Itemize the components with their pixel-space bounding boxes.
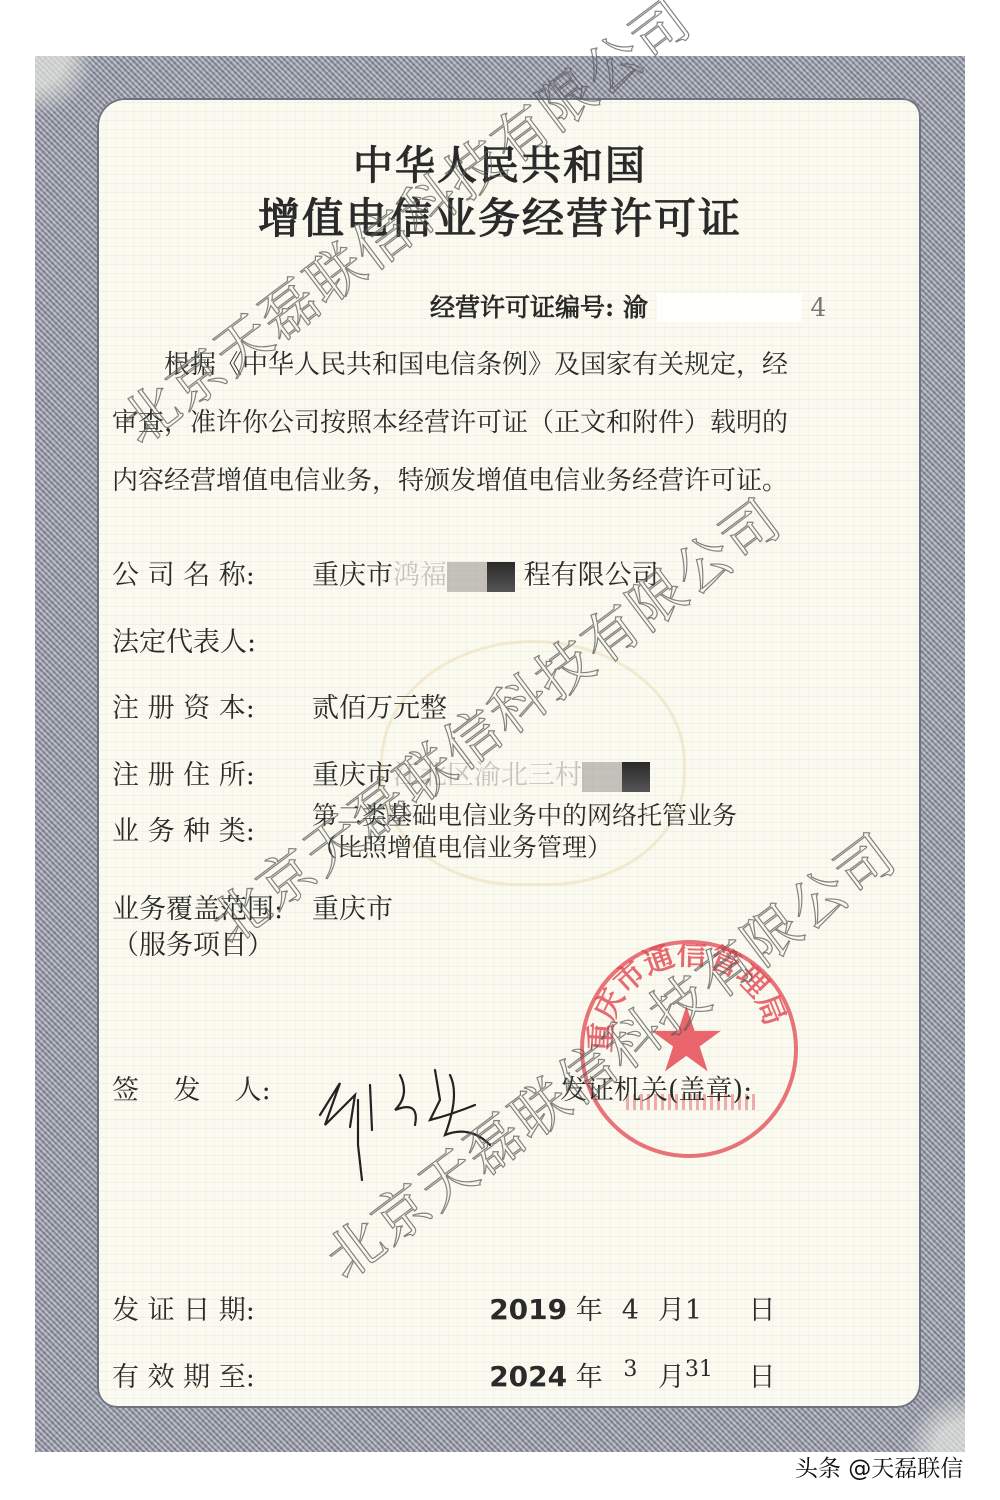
redaction-box — [582, 762, 622, 792]
license-number-label: 经营许可证编号: — [430, 293, 614, 322]
field-registered-capital: 注 册 资 本:贰佰万元整 — [112, 686, 447, 725]
issue-date-row: 发 证 日 期: 2019 年 4 月1 日 — [112, 1288, 872, 1327]
issue-month: 4 — [611, 1295, 649, 1326]
field-value: 重庆市 — [312, 892, 393, 928]
license-number-suffix: 4 — [810, 293, 826, 322]
valid-year: 2024 — [489, 1360, 567, 1393]
issue-year: 2019 — [489, 1293, 567, 1326]
preamble-line: 审查，准许你公司按照本经营许可证（正文和附件）载明的 — [112, 394, 892, 452]
field-label: 公 司 名 称: — [112, 553, 312, 592]
footer-credit: 头条 @天磊联信 — [795, 1450, 963, 1483]
field-label: 法定代表人: — [112, 620, 312, 659]
day-unit: 日 — [749, 1362, 776, 1393]
redaction-box — [487, 562, 515, 592]
value-redacted: 鸿福 — [393, 560, 447, 591]
day-unit: 日 — [749, 1295, 776, 1326]
signer-label: 签 发 人: — [112, 1068, 312, 1107]
valid-until-label: 有 效 期 至: — [112, 1355, 312, 1394]
issue-date-label: 发 证 日 期: — [112, 1288, 312, 1327]
redaction-box — [447, 562, 487, 592]
month-unit: 月 — [658, 1295, 685, 1326]
field-label: 注 册 资 本: — [112, 686, 312, 725]
year-unit: 年 — [576, 1362, 603, 1393]
year-unit: 年 — [576, 1295, 603, 1326]
issue-day: 1 — [685, 1295, 740, 1326]
license-number: 经营许可证编号: 渝 4 — [430, 288, 826, 324]
label-line: （服务项目） — [112, 928, 312, 964]
value-visible: 重庆市 — [312, 560, 393, 591]
license-number-redacted — [657, 293, 802, 322]
field-label: 注 册 住 所: — [112, 753, 312, 792]
valid-month: 3 — [611, 1357, 649, 1382]
field-company-name: 公 司 名 称:重庆市鸿福 程有限公司 — [112, 553, 659, 592]
field-legal-representative: 法定代表人: — [112, 620, 312, 659]
valid-day: 31 — [685, 1357, 740, 1382]
signer-row: 签 发 人: — [112, 1068, 312, 1107]
month-unit: 月 — [658, 1362, 685, 1393]
redaction-box — [622, 762, 650, 792]
valid-until-row: 有 效 期 至: 2024 年 3 月31 日 — [112, 1355, 872, 1394]
license-number-prefix: 渝 — [623, 293, 648, 322]
preamble-line: 内容经营增值电信业务，特颁发增值电信业务经营许可证。 — [112, 452, 892, 510]
